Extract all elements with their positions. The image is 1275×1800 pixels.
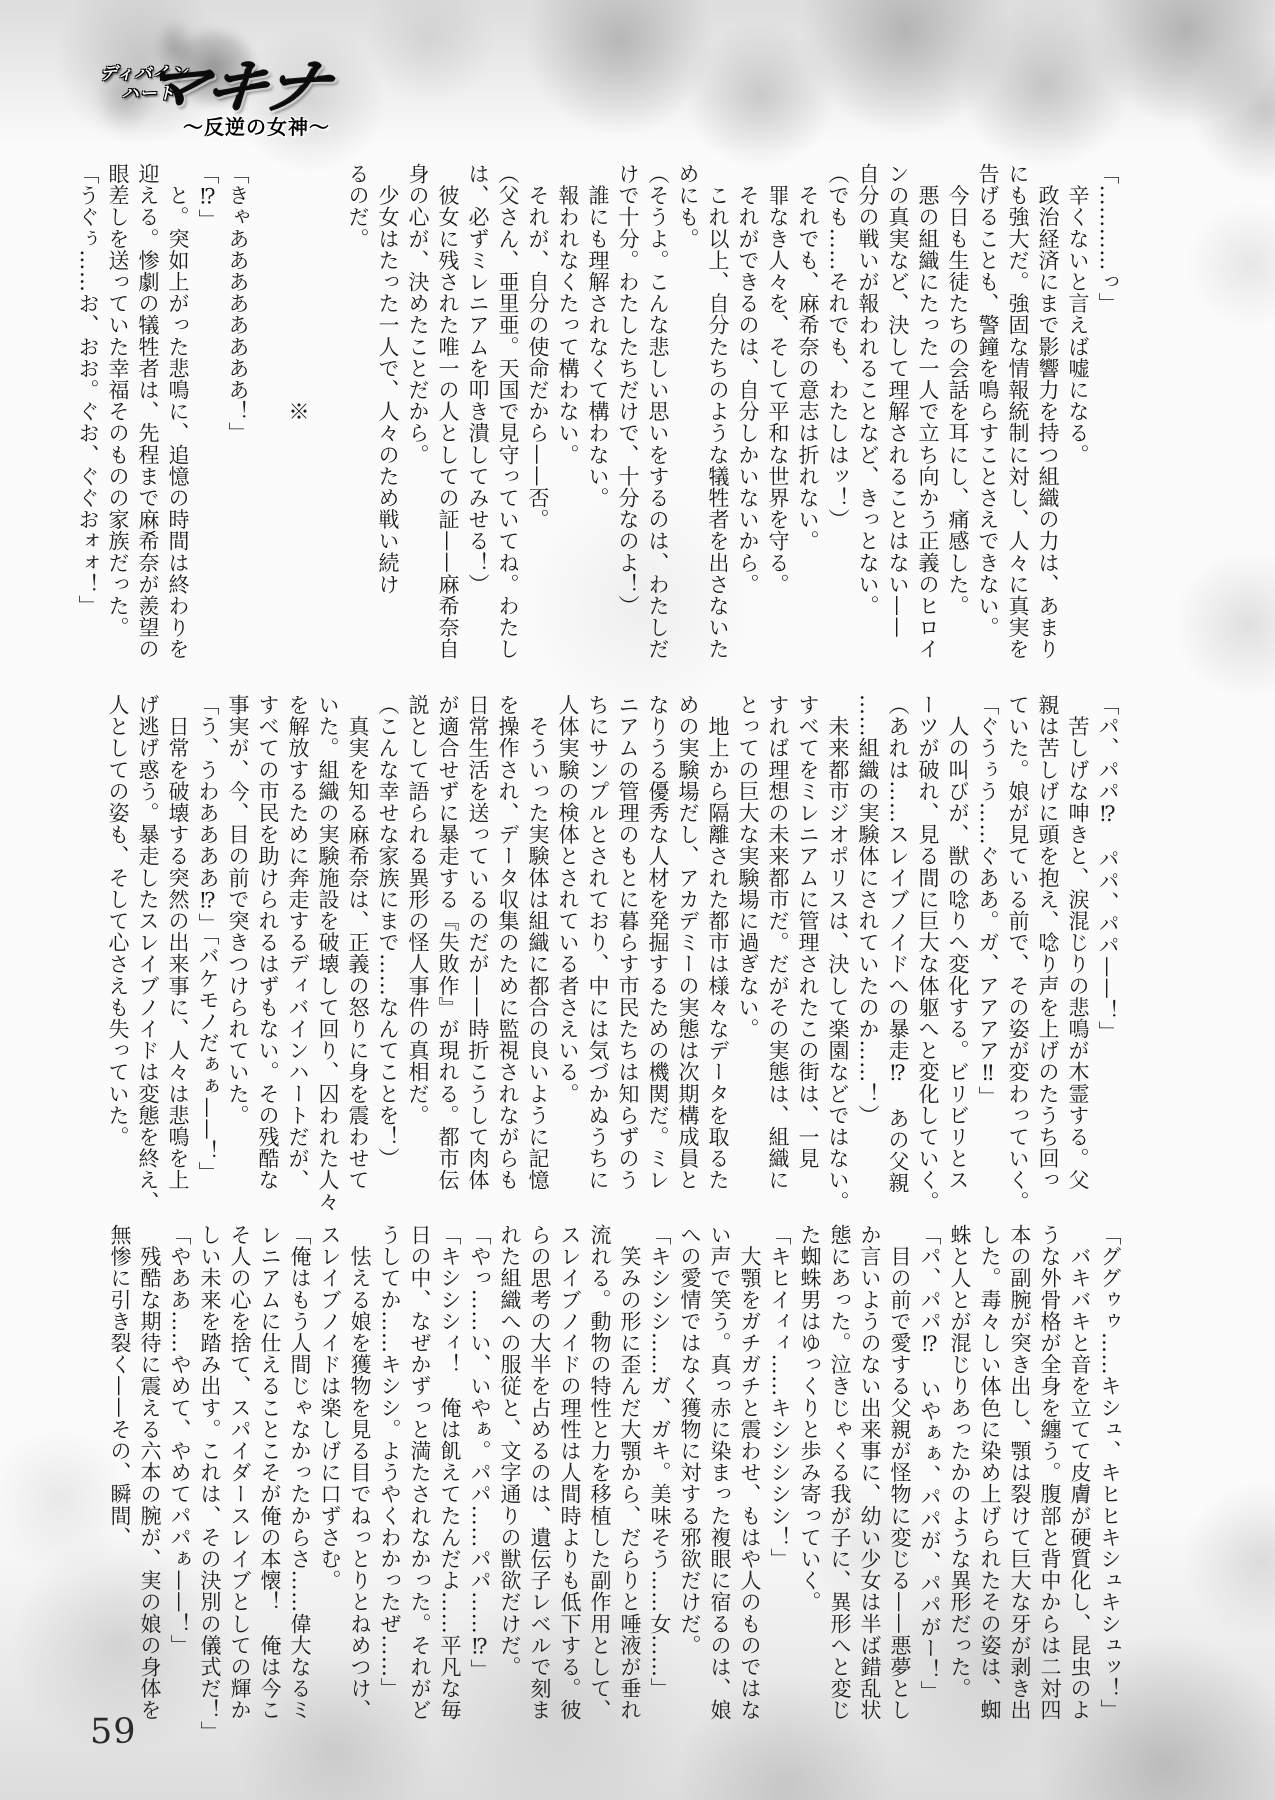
logo-subtitle: ～反逆の女神～ — [183, 111, 330, 140]
novel-page: ディバインハート マキナ ～反逆の女神～ 「…………っ」 辛くないと言えば嘘にな… — [0, 0, 1275, 1800]
series-logo: ディバインハート マキナ ～反逆の女神～ — [55, 18, 365, 143]
text-section-top: 「…………っ」 辛くないと言えば嘘になる。 政治経済にまで影響力を持つ組織の力は… — [73, 163, 1123, 660]
page-number: 59 — [90, 1712, 137, 1752]
text-section-bottom: 「ググゥゥ……キシュ、キヒヒキシュキシュッ！」 バキバキと音を立てて皮膚が硬質化… — [105, 1224, 1125, 1742]
text-section-middle: 「パ、パパ⁉ パパ、パパ——！」 苦しげな呻きと、涙混じりの悲鳴が木霊する。父 … — [103, 694, 1123, 1212]
